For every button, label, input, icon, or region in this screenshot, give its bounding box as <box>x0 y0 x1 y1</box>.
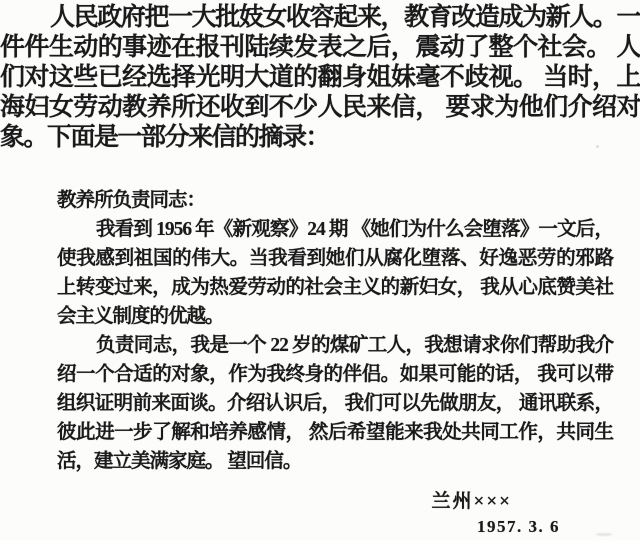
letter-line: 负责同志，我是一个 22 岁的煤矿工人，我想请求你们帮助我介 <box>57 331 613 360</box>
letter-line: 上转变过来，成为热爱劳动的社会主义的新妇女， 我从心底赞美社 <box>57 273 613 302</box>
intro-line: 海妇女劳动教养所还收到不少人民来信， 要求为他们介绍对 <box>0 93 640 123</box>
letter-line: 使我感到祖国的伟大。当我看到她们从腐化堕落、好逸恶劳的邪路 <box>57 244 613 273</box>
letter-line: 绍一个合适的对象，作为我终身的伴侣。如果可能的话， 我可以带 <box>57 360 613 389</box>
letter-salutation: 教养所负责同志： <box>57 186 613 215</box>
intro-line: 象。下面是一部分来信的摘录： <box>0 123 640 153</box>
letter-signature: 兰州××× <box>432 486 512 513</box>
intro-line: 人民政府把一大批妓女收容起来，教育改造成为新人。一 <box>0 3 640 33</box>
letter-line: 组织证明前来面谈。介绍认识后， 我们可以先做朋友， 通讯联系， <box>57 389 613 418</box>
letter-line: 会主义制度的优越。 <box>57 302 613 331</box>
letter-line: 我看到 1956 年《新观察》24 期 《她们为什么会堕落》一文后， <box>57 215 613 244</box>
letter-excerpt: 教养所负责同志： 我看到 1956 年《新观察》24 期 《她们为什么会堕落》一… <box>57 186 613 476</box>
scan-artifact <box>596 145 599 148</box>
scanned-document-page: 人民政府把一大批妓女收容起来，教育改造成为新人。一 件件生动的事迹在报刊陆续发表… <box>0 0 640 540</box>
intro-paragraph: 人民政府把一大批妓女收容起来，教育改造成为新人。一 件件生动的事迹在报刊陆续发表… <box>0 3 640 153</box>
scan-artifact <box>596 533 612 536</box>
letter-line: 活，建立美满家庭。 望回信。 <box>57 447 613 476</box>
letter-line: 彼此进一步了解和培养感情， 然后希望能来我处共同工作，共同生 <box>57 418 613 447</box>
letter-date: 1957. 3. 6 <box>477 517 560 537</box>
intro-line: 件件生动的事迹在报刊陆续发表之后，震动了整个社会。 人 <box>0 33 640 63</box>
intro-line: 们对这些已经选择光明大道的翻身姐妹毫不歧视。 当时，上 <box>0 63 640 93</box>
scan-artifact <box>4 112 8 115</box>
